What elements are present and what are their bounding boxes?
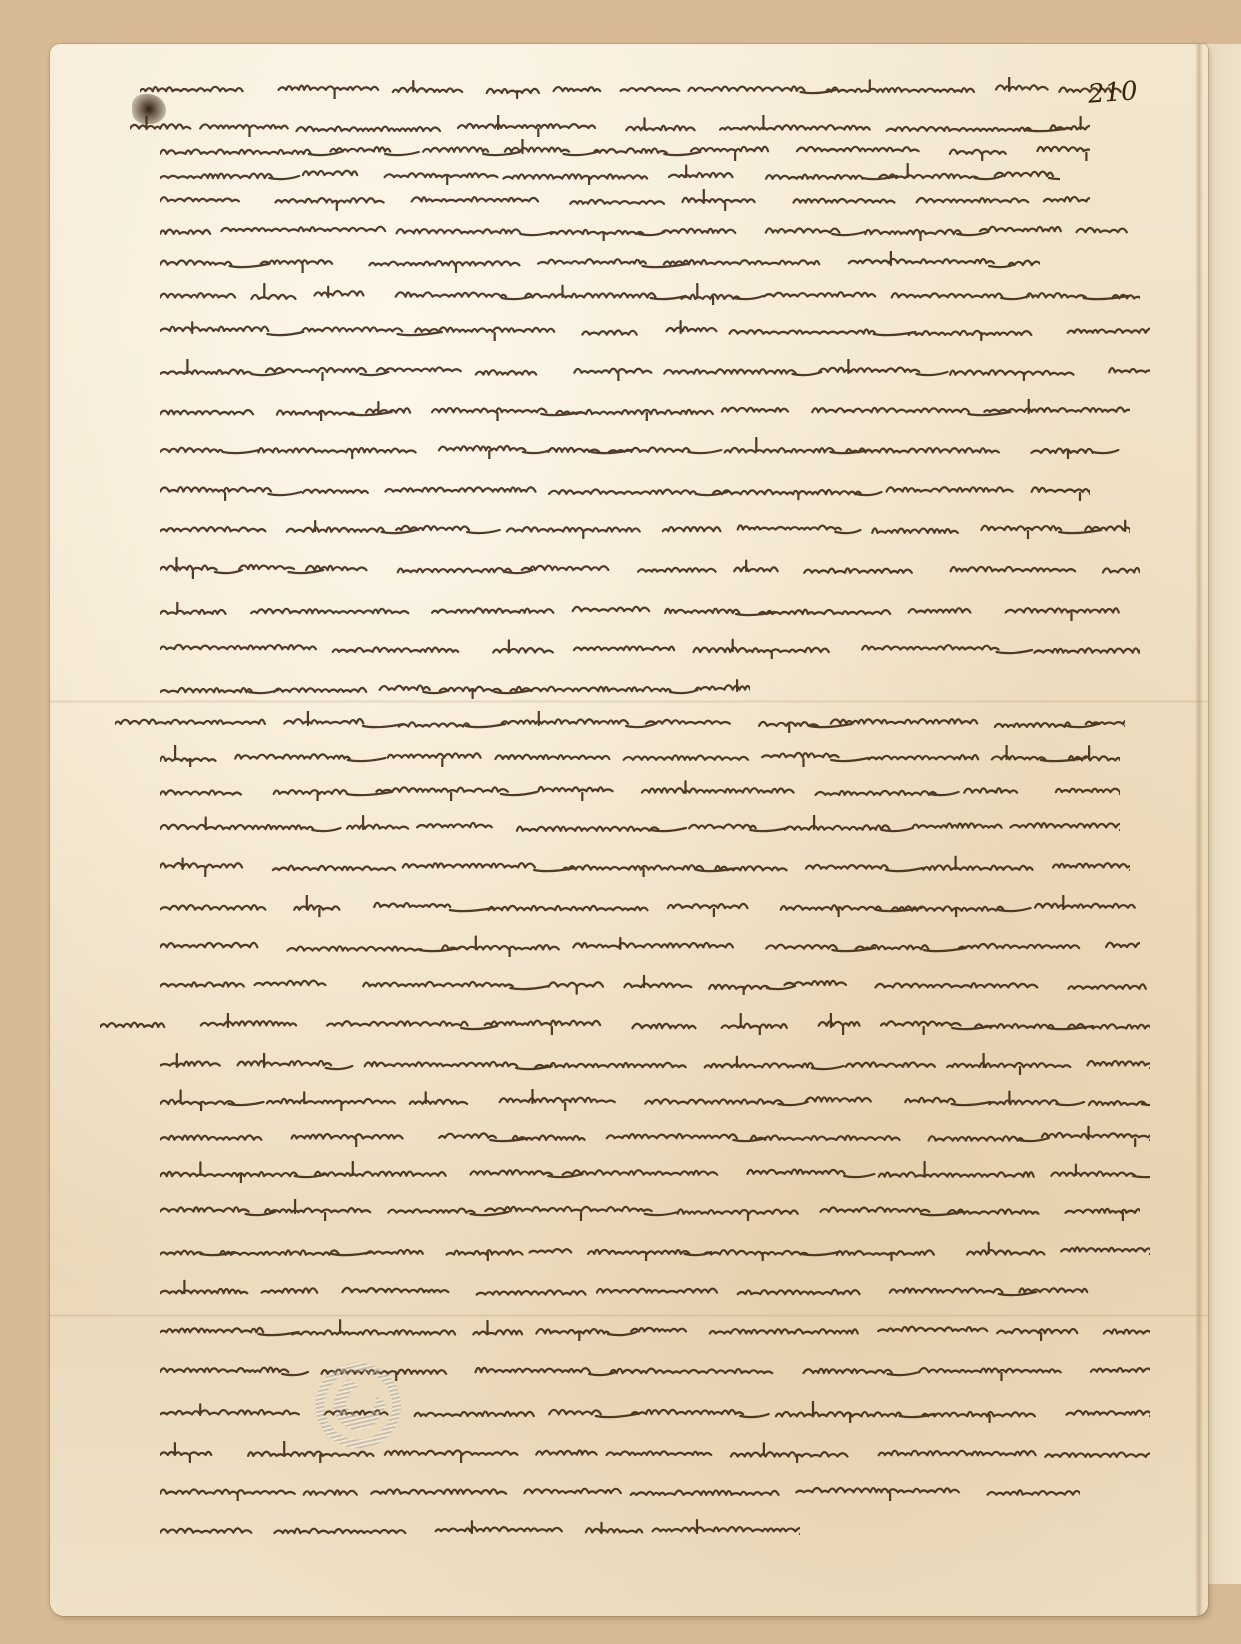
handwritten-line (160, 517, 1130, 539)
handwritten-line (160, 1519, 800, 1541)
handwritten-line (160, 1279, 1140, 1301)
handwritten-line (100, 1013, 1150, 1035)
handwritten-line (160, 219, 1140, 241)
handwritten-line (160, 139, 1090, 161)
handwritten-line (160, 479, 1090, 501)
handwritten-line (160, 1319, 1150, 1341)
manuscript-folio (50, 44, 1208, 1616)
handwritten-line (160, 745, 1120, 767)
handwritten-line (160, 283, 1140, 305)
handwritten-line (140, 77, 1130, 99)
handwritten-line (160, 935, 1140, 957)
folio-number: 210 (1087, 76, 1139, 109)
handwritten-line (160, 1239, 1150, 1261)
handwritten-line (160, 855, 1130, 877)
handwritten-line (130, 115, 1090, 137)
handwritten-line (160, 677, 750, 699)
page-fold-line (1195, 44, 1203, 1616)
handwritten-line (160, 1359, 1150, 1381)
document-viewer: 210 © (0, 0, 1241, 1644)
paper-crease (50, 700, 1208, 703)
handwritten-line (160, 1161, 1150, 1183)
handwritten-line (160, 359, 1150, 381)
handwritten-line (160, 973, 1150, 995)
handwritten-line (160, 163, 1060, 185)
paper-crease (50, 1314, 1208, 1317)
handwritten-line (160, 319, 1150, 341)
handwritten-line (160, 557, 1140, 579)
handwritten-line (160, 637, 1140, 659)
handwritten-line (160, 189, 1090, 211)
handwritten-line (160, 1053, 1150, 1075)
handwritten-line (160, 1089, 1150, 1111)
handwritten-line (160, 779, 1120, 801)
handwritten-line (160, 437, 1120, 459)
handwritten-line (160, 895, 1140, 917)
handwritten-line (160, 815, 1120, 837)
handwritten-line (160, 599, 1130, 621)
handwritten-line (160, 1479, 1080, 1501)
handwritten-line (160, 1125, 1150, 1147)
handwritten-line (115, 711, 1125, 733)
handwritten-line (160, 1441, 1150, 1463)
handwritten-line (160, 1199, 1140, 1221)
handwritten-line (160, 1401, 1150, 1423)
handwritten-line (160, 399, 1130, 421)
handwritten-line (160, 251, 1040, 273)
